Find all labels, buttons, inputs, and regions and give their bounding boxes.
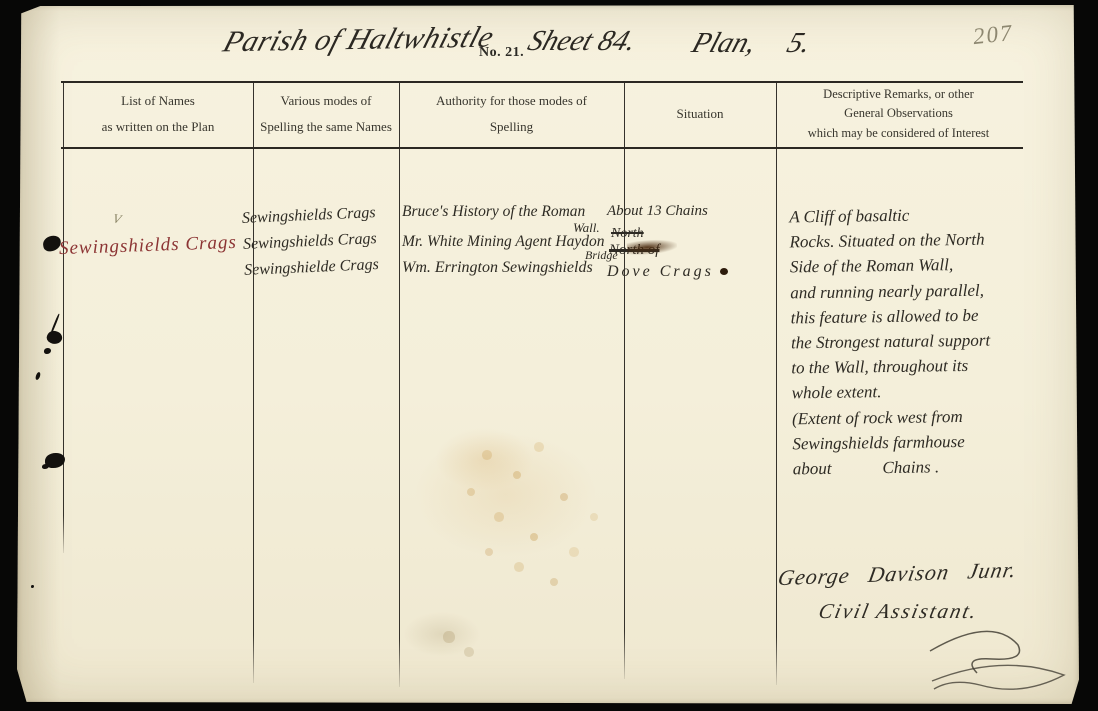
header-line: List of Names bbox=[63, 94, 253, 108]
authority-line: Wm. Errington Sewingshields bbox=[402, 259, 593, 277]
parish-title: Parish of Haltwhistle bbox=[219, 21, 498, 60]
header-list-of-names: List of Names as written on the Plan bbox=[63, 81, 253, 147]
ink-blot bbox=[45, 328, 64, 346]
header-line: Spelling the same Names bbox=[253, 120, 399, 134]
table-left-border bbox=[63, 83, 64, 553]
header-bottom-rule bbox=[61, 147, 1023, 149]
ink-speck bbox=[42, 464, 49, 469]
header-situation: Situation bbox=[624, 81, 776, 147]
situation-line: About 13 Chains bbox=[607, 203, 708, 220]
check-mark: V bbox=[111, 210, 122, 227]
foxing-stains bbox=[17, 5, 21, 9]
sheet-number: Sheet 84. bbox=[524, 25, 641, 58]
name-on-plan: Sewingshields Crags bbox=[59, 232, 238, 260]
remark-line: this feature is allowed to be bbox=[790, 302, 989, 330]
remark-line: Side of the Roman Wall, bbox=[790, 252, 989, 280]
header-line: which may be considered of Interest bbox=[776, 127, 1021, 140]
plan-number: Plan, 5. bbox=[688, 27, 816, 60]
header-authority: Authority for those modes of Spelling bbox=[399, 81, 624, 147]
remark-line: whole extent. bbox=[792, 378, 991, 406]
surveyor-signature: George Davison Junr. bbox=[776, 557, 1019, 591]
remark-line: and running nearly parallel, bbox=[790, 277, 989, 305]
ink-blot-correction bbox=[627, 238, 678, 255]
surveyor-role: Civil Assistant. bbox=[816, 599, 980, 624]
name-book-page: Parish of Haltwhistle No. 21. Sheet 84. … bbox=[17, 5, 1079, 704]
remark-line: to the Wall, throughout its bbox=[791, 353, 990, 381]
remark-line: (Extent of rock west from bbox=[792, 403, 991, 431]
column-divider-1 bbox=[253, 83, 254, 683]
descriptive-remarks: A Cliff of basaltic Rocks. Situated on t… bbox=[789, 202, 992, 482]
signature-flourish bbox=[922, 623, 1072, 703]
remark-line: Rocks. Situated on the North bbox=[789, 227, 988, 255]
situation-line: Dove Crags bbox=[607, 263, 714, 281]
header-line: Authority for those modes of bbox=[399, 94, 624, 108]
header-line: Various modes of bbox=[253, 94, 399, 108]
remark-line: A Cliff of basaltic bbox=[789, 202, 988, 230]
spelling-variants: Sewingshields Crags Sewingshields Crags … bbox=[241, 200, 379, 284]
page-number: 207 bbox=[972, 20, 1015, 50]
header-line: Spelling bbox=[399, 120, 624, 134]
ink-dot bbox=[720, 268, 728, 275]
situation-line-struck: North bbox=[611, 226, 644, 242]
book-number: No. 21. bbox=[479, 45, 524, 61]
ink-speck bbox=[31, 585, 34, 588]
remark-line: about Chains . bbox=[793, 454, 992, 482]
ink-speck bbox=[44, 348, 51, 354]
header-line: as written on the Plan bbox=[63, 120, 253, 134]
remark-line: the Strongest natural support bbox=[791, 328, 990, 356]
header-various-modes: Various modes of Spelling the same Names bbox=[253, 81, 399, 147]
spelling-line: Sewingshielde Crags bbox=[244, 252, 380, 284]
header-line: Situation bbox=[624, 107, 776, 121]
ink-speck bbox=[35, 372, 41, 381]
scanned-document: Parish of Haltwhistle No. 21. Sheet 84. … bbox=[0, 0, 1098, 711]
column-divider-3 bbox=[624, 83, 625, 679]
column-divider-2 bbox=[399, 83, 400, 687]
header-line: General Observations bbox=[776, 107, 1021, 120]
column-divider-4 bbox=[776, 83, 777, 685]
authority-line: Bruce's History of the Roman bbox=[402, 203, 585, 221]
header-line: Descriptive Remarks, or other bbox=[776, 88, 1021, 101]
header-descriptive-remarks: Descriptive Remarks, or other General Ob… bbox=[776, 81, 1021, 147]
remark-line: Sewingshields farmhouse bbox=[792, 428, 991, 456]
authority-line: Mr. White Mining Agent Haydon bbox=[402, 233, 604, 251]
